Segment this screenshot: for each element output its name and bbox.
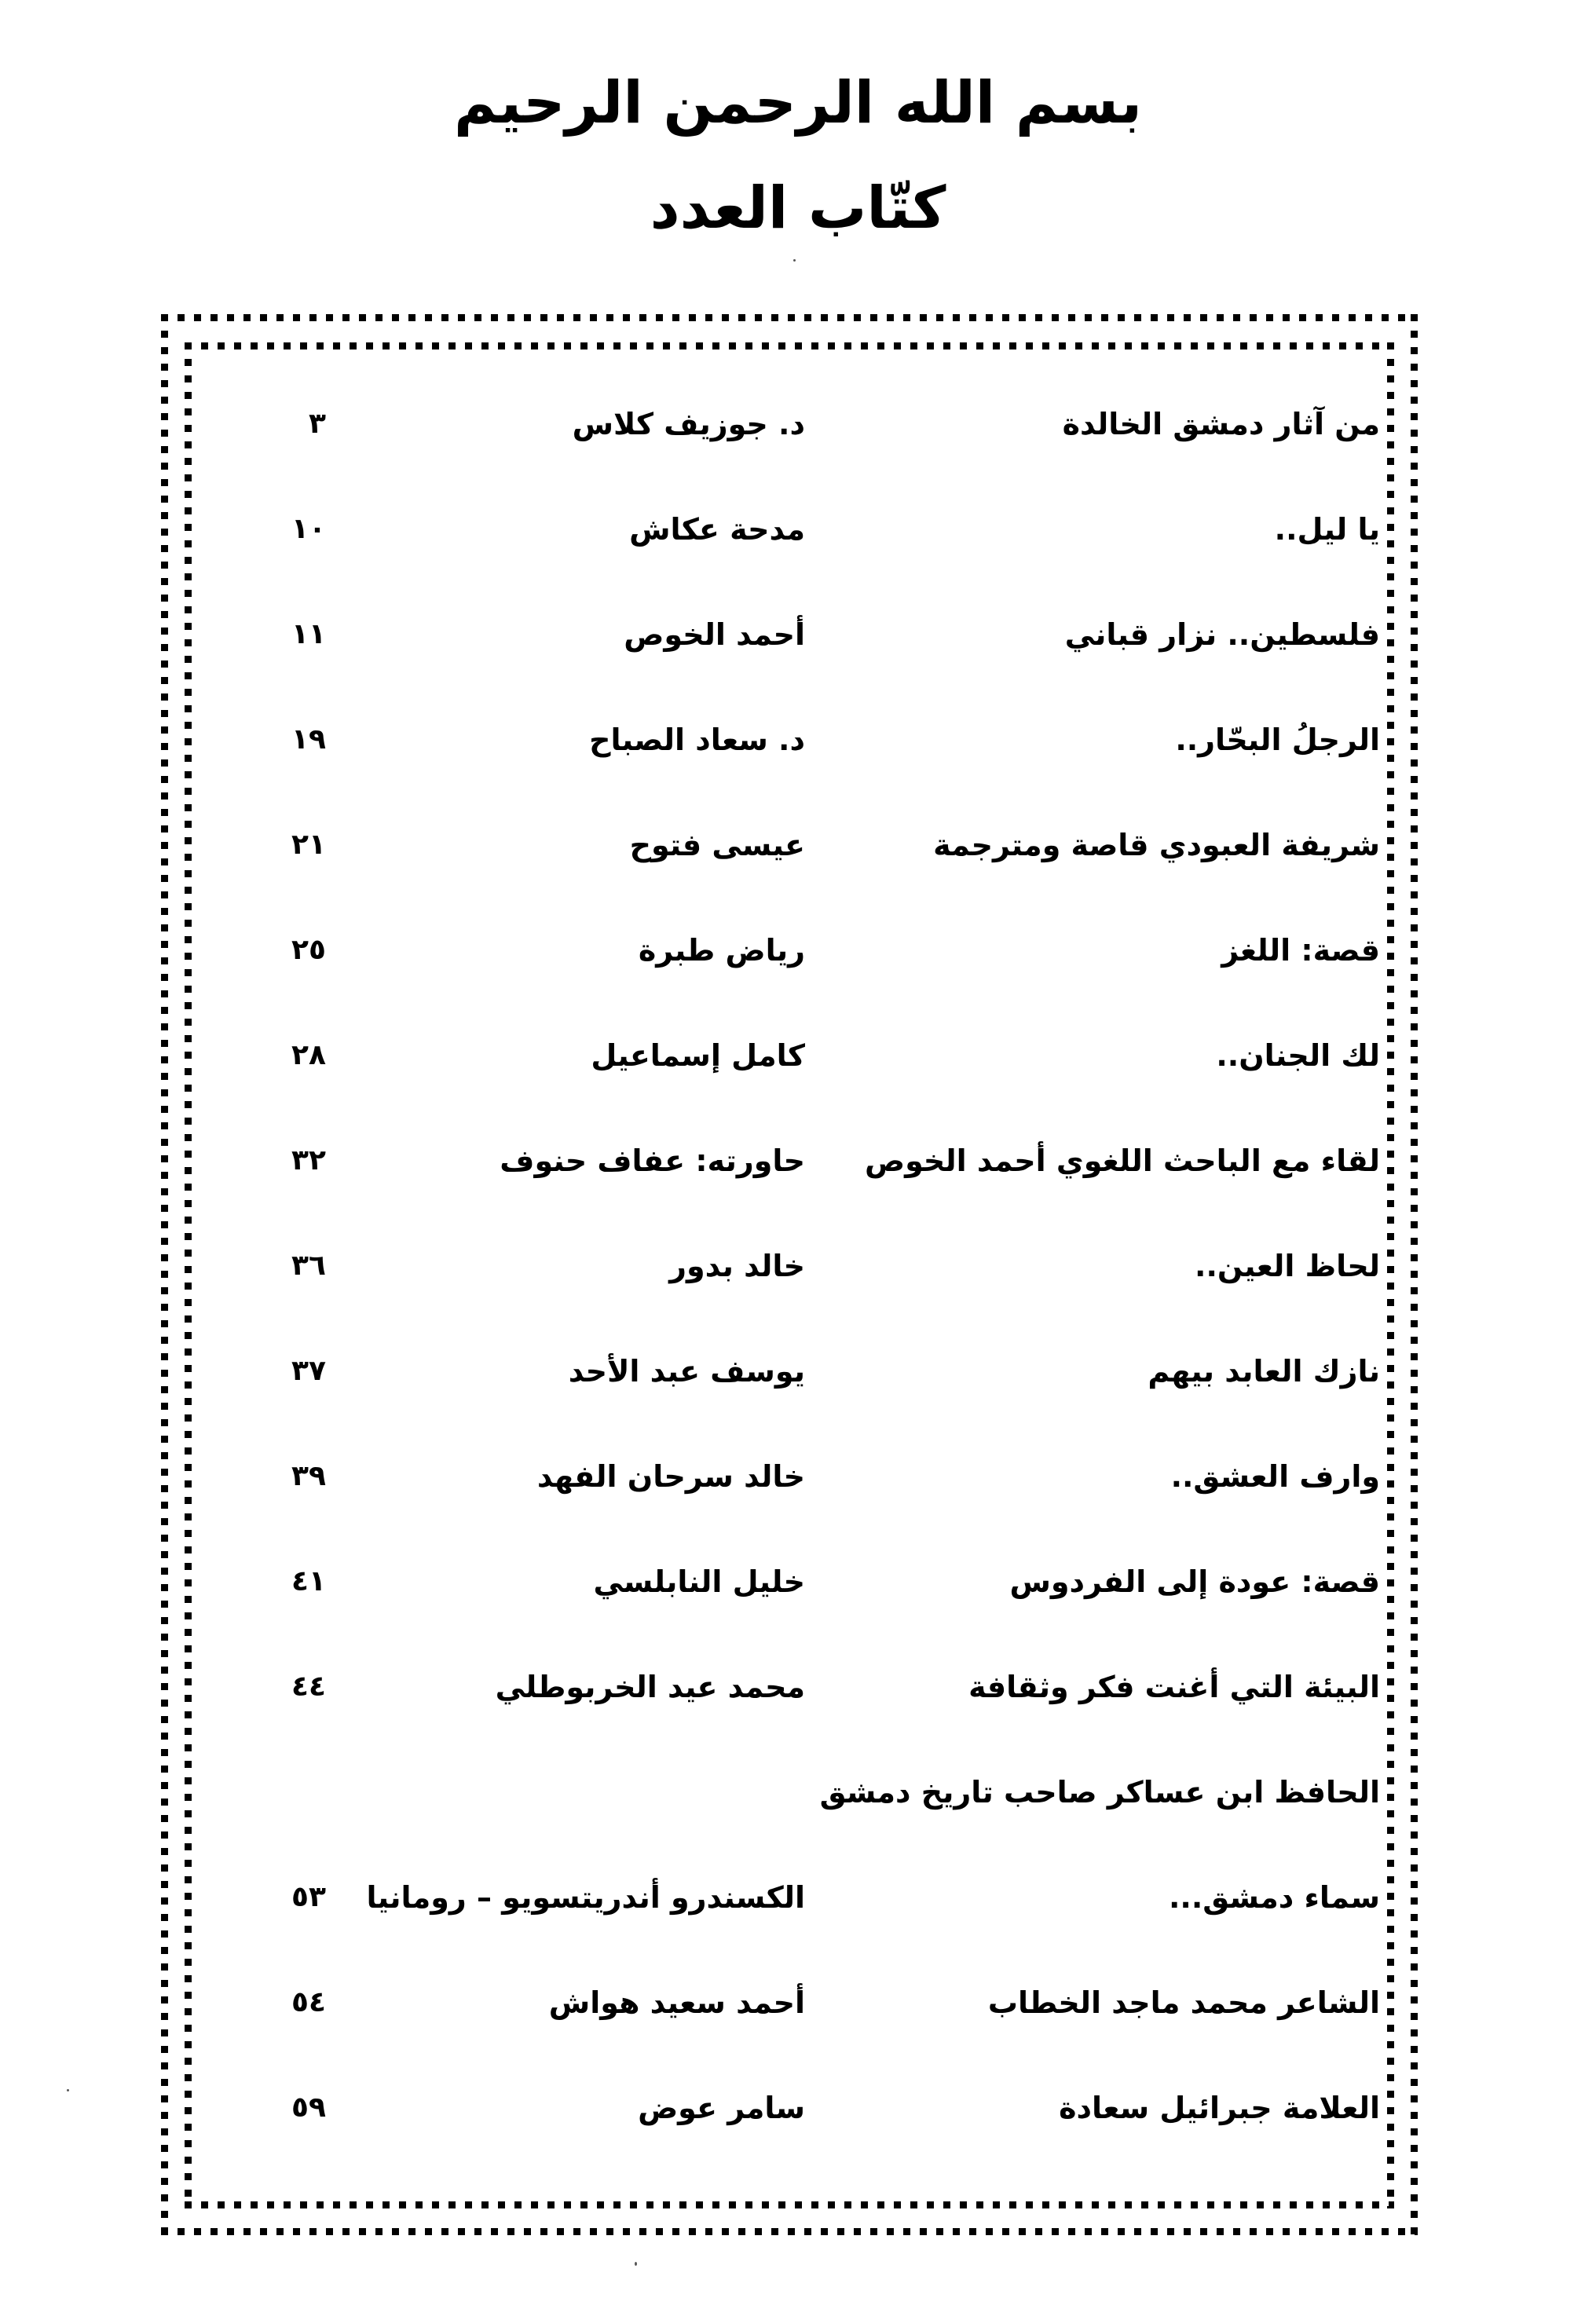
- page-number: ٤١: [291, 1529, 326, 1634]
- page-number: ٣٦: [291, 1213, 326, 1319]
- article-author: أحمد الخوص: [624, 582, 805, 687]
- article-title: لحاظ العين..: [1195, 1213, 1380, 1319]
- article-title: وارف العشق..: [1171, 1424, 1380, 1529]
- page-number: ٣٢: [291, 1108, 326, 1213]
- article-author: خليل النابلسي: [593, 1529, 805, 1634]
- article-title: فلسطين.. نزار قباني: [1065, 582, 1380, 687]
- article-title: الحافظ ابن عساكر صاحب تاريخ دمشق: [820, 1740, 1380, 1845]
- toc-row: نازك العابد بيهم يوسف عبد الأحد ٣٧: [185, 1319, 1394, 1424]
- article-author: أحمد سعيد هواش: [549, 1950, 805, 2055]
- frame-border-bottom: [161, 2228, 1418, 2235]
- article-title: شريفة العبودي قاصة ومترجمة: [933, 792, 1380, 898]
- article-title: من آثار دمشق الخالدة: [1063, 371, 1380, 477]
- article-author: رياض طبرة: [639, 898, 805, 1003]
- page-number: ٥٩: [291, 2055, 326, 2161]
- article-title: قصة: عودة إلى الفردوس: [1009, 1529, 1380, 1634]
- page-number: ٢٨: [291, 1003, 326, 1108]
- scan-speck: [793, 259, 796, 262]
- page-number: ٣٩: [291, 1424, 326, 1529]
- article-author: محمد عيد الخربوطلي: [496, 1634, 805, 1740]
- page-number: ١٠: [291, 477, 326, 582]
- toc-row: الرجلُ البحّار.. د. سعاد الصباح ١٩: [185, 687, 1394, 792]
- scan-speck: [635, 2262, 637, 2266]
- toc-row: لقاء مع الباحث اللغوي أحمد الخوص حاورته:…: [185, 1108, 1394, 1213]
- frame-border-bottom: [185, 2201, 1394, 2208]
- toc-row: سماء دمشق... الكسندرو أندريتسويو – رومان…: [185, 1845, 1394, 1950]
- article-author: د. جوزيف كلاس: [573, 371, 805, 477]
- frame-border-top: [185, 342, 1394, 349]
- article-author: عيسى فتوح: [630, 792, 805, 898]
- article-author: الكسندرو أندريتسويو – رومانيا: [366, 1845, 805, 1950]
- article-title: لقاء مع الباحث اللغوي أحمد الخوص: [865, 1108, 1380, 1213]
- basmala-heading: بسم الله الرحمن الرحيم: [0, 68, 1596, 138]
- article-author: كامل إسماعيل: [591, 1003, 805, 1108]
- page-number: ٥٣: [291, 1845, 326, 1950]
- article-title: قصة: اللغز: [1221, 898, 1380, 1003]
- table-of-contents: من آثار دمشق الخالدة د. جوزيف كلاس ٣ يا …: [185, 371, 1394, 2161]
- article-title: الرجلُ البحّار..: [1175, 687, 1380, 792]
- toc-row: لحاظ العين.. خالد بدور ٣٦: [185, 1213, 1394, 1319]
- article-title: يا ليل..: [1275, 477, 1380, 582]
- toc-row: وارف العشق.. خالد سرحان الفهد ٣٩: [185, 1424, 1394, 1529]
- toc-row: البيئة التي أغنت فكر وثقافة محمد عيد الخ…: [185, 1634, 1394, 1740]
- article-title: لك الجنان..: [1216, 1003, 1380, 1108]
- page-number: ٣: [309, 371, 326, 477]
- page-number: ٢١: [291, 792, 326, 898]
- page-number: ٤٤: [291, 1634, 326, 1740]
- article-author: د. سعاد الصباح: [589, 687, 805, 792]
- toc-row: قصة: اللغز رياض طبرة ٢٥: [185, 898, 1394, 1003]
- toc-row: قصة: عودة إلى الفردوس خليل النابلسي ٤١: [185, 1529, 1394, 1634]
- toc-row: العلامة جبرائيل سعادة سامر عوض ٥٩: [185, 2055, 1394, 2161]
- frame-border-right: [1411, 314, 1418, 2235]
- toc-row: لك الجنان.. كامل إسماعيل ٢٨: [185, 1003, 1394, 1108]
- page-number: ٣٧: [291, 1319, 326, 1424]
- toc-row: شريفة العبودي قاصة ومترجمة عيسى فتوح ٢١: [185, 792, 1394, 898]
- toc-row: الشاعر محمد ماجد الخطاب أحمد سعيد هواش ٥…: [185, 1950, 1394, 2055]
- article-title: سماء دمشق...: [1169, 1845, 1380, 1950]
- page-number: ٥٤: [291, 1950, 326, 2055]
- page-number: ١١: [291, 582, 326, 687]
- page-number: ٢٥: [291, 898, 326, 1003]
- toc-row: من آثار دمشق الخالدة د. جوزيف كلاس ٣: [185, 371, 1394, 477]
- toc-row: يا ليل.. مدحة عكاش ١٠: [185, 477, 1394, 582]
- article-title: البيئة التي أغنت فكر وثقافة: [968, 1634, 1380, 1740]
- article-author: خالد بدور: [669, 1213, 805, 1319]
- article-title: الشاعر محمد ماجد الخطاب: [988, 1950, 1380, 2055]
- toc-row: الحافظ ابن عساكر صاحب تاريخ دمشق: [185, 1740, 1394, 1845]
- article-title: نازك العابد بيهم: [1148, 1319, 1380, 1424]
- page-number: ١٩: [291, 687, 326, 792]
- article-author: حاورته: عفاف حنوف: [500, 1108, 805, 1213]
- frame-border-top: [161, 314, 1418, 321]
- toc-row: فلسطين.. نزار قباني أحمد الخوص ١١: [185, 582, 1394, 687]
- page-title: كتّاب العدد: [0, 173, 1596, 243]
- article-title: العلامة جبرائيل سعادة: [1059, 2055, 1380, 2161]
- article-author: خالد سرحان الفهد: [537, 1424, 805, 1529]
- article-author: سامر عوض: [638, 2055, 805, 2161]
- frame-border-left: [161, 314, 168, 2235]
- scan-speck: [67, 2089, 69, 2091]
- article-author: يوسف عبد الأحد: [569, 1319, 805, 1424]
- article-author: مدحة عكاش: [629, 477, 805, 582]
